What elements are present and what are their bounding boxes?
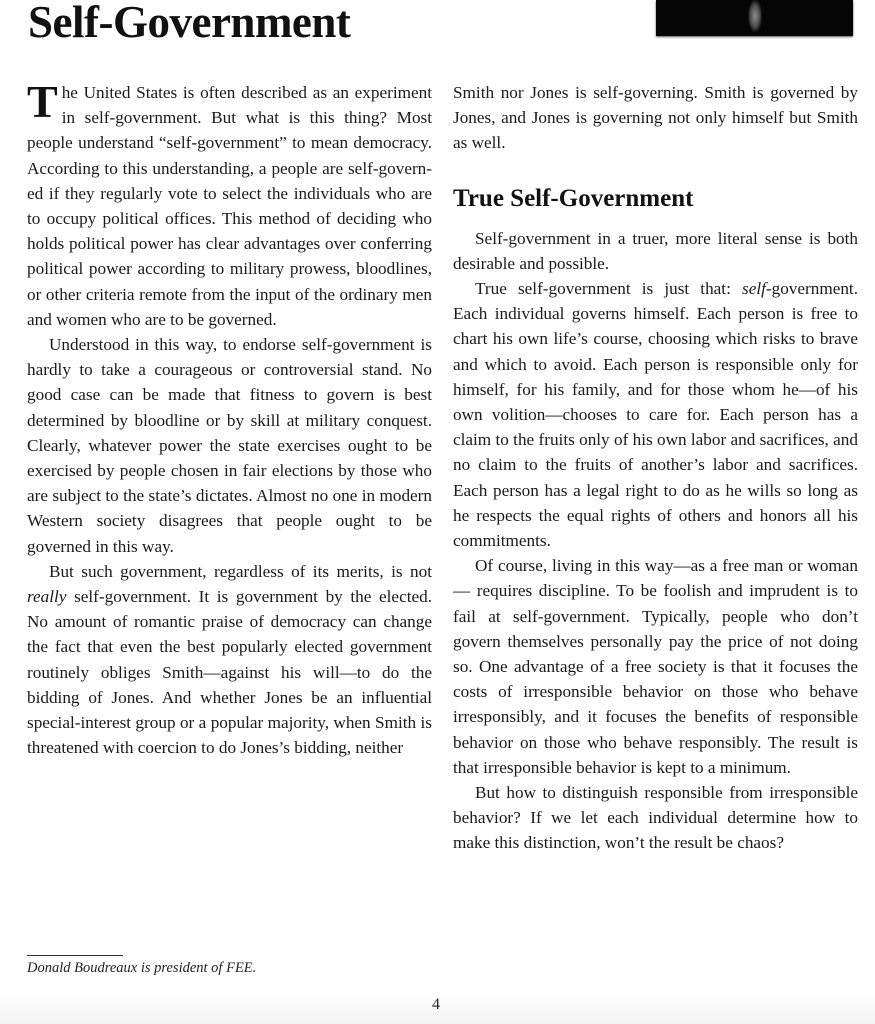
paragraph: True self-government is just that: self-… (453, 276, 858, 553)
paragraph-text: But how to distinguish responsible from … (453, 783, 858, 852)
paragraph-text: But such government, regardless of its m… (49, 562, 432, 581)
paragraph-text: government. Each individual governs hims… (453, 279, 858, 550)
paragraph-text: self-government. It is govern­ment by th… (27, 587, 432, 757)
header-image (656, 0, 853, 36)
page-title: Self-Government (28, 0, 350, 48)
paragraph-text: True self-government is just that: (475, 279, 742, 298)
paragraph: But how to distinguish responsible from … (453, 780, 858, 856)
drop-cap: T (27, 83, 58, 121)
paragraph-text: Of course, living in this way—as a free … (453, 556, 858, 777)
left-column: The United States is often described as … (27, 80, 432, 760)
section-heading: True Self-Government (453, 184, 858, 214)
paragraph: Understood in this way, to endorse self-… (27, 332, 432, 559)
paragraph-continued: Smith nor Jones is self-governing. Smith… (453, 80, 858, 156)
statue-figure-image (748, 0, 762, 32)
paragraph-text: Self-government in a truer, more literal… (453, 229, 858, 273)
page-number: 4 (432, 996, 440, 1014)
author-footnote: Donald Boudreaux is president of FEE. (27, 960, 256, 977)
paragraph-text: Smith nor Jones is self-governing. Smith… (453, 83, 858, 152)
paragraph-text: Understood in this way, to endorse self-… (27, 335, 432, 556)
emphasis-text: self- (742, 279, 772, 298)
emphasis-text: really (27, 587, 66, 606)
paragraph: Of course, living in this way—as a free … (453, 553, 858, 780)
footnote-divider (27, 955, 123, 956)
right-column: Smith nor Jones is self-governing. Smith… (453, 80, 858, 856)
paragraph-intro: The United States is often described as … (27, 80, 432, 332)
paragraph-text: he United States is often described as a… (27, 83, 432, 329)
paragraph: Self-government in a truer, more literal… (453, 226, 858, 276)
paragraph: But such government, regardless of its m… (27, 559, 432, 761)
